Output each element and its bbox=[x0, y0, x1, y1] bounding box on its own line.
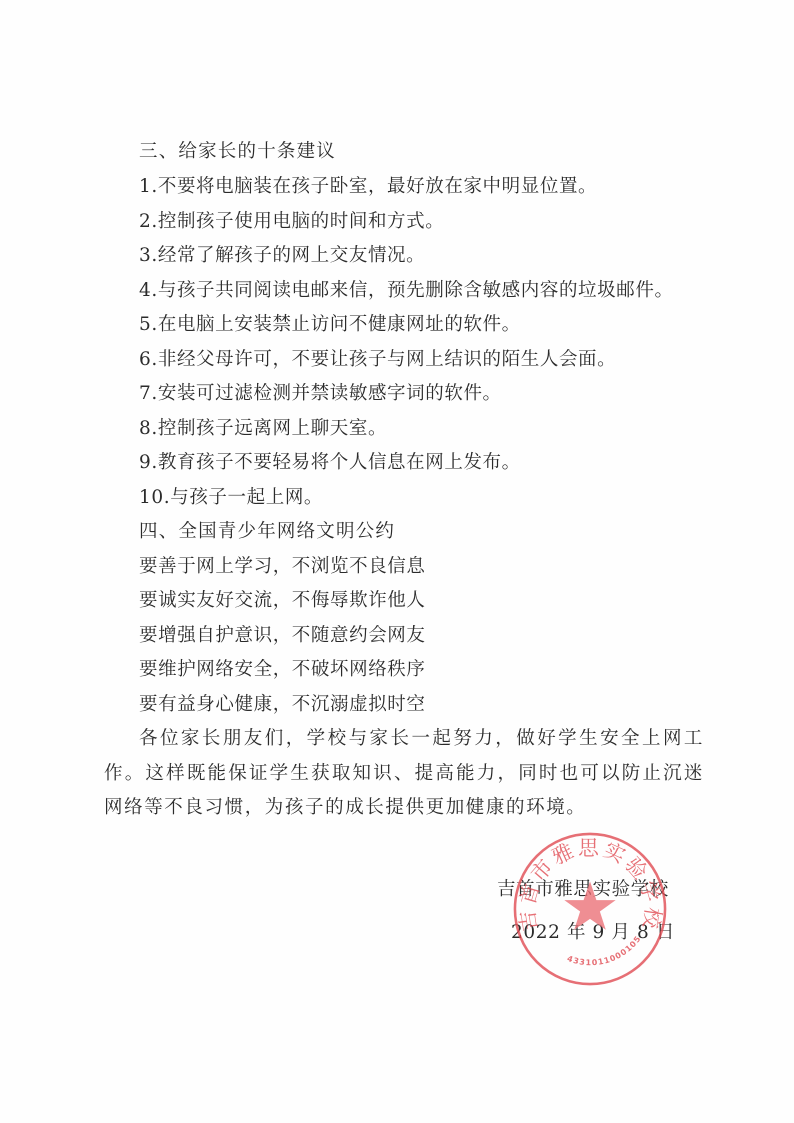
section-4-heading: 四、全国青少年网络文明公约 bbox=[139, 521, 395, 543]
advice-item-7: 7.安装可过滤检测并禁读敏感字词的软件。 bbox=[139, 383, 502, 405]
advice-item-8: 8.控制孩子远离网上聊天室。 bbox=[139, 418, 387, 440]
advice-item-2: 2.控制孩子使用电脑的时间和方式。 bbox=[139, 211, 444, 233]
pledge-item-3: 要增强自护意识，不随意约会网友 bbox=[139, 625, 426, 647]
signature-date: 2022 年 9 月 8 日 bbox=[511, 922, 675, 944]
document-page: 三、给家长的十条建议 1.不要将电脑装在孩子卧室，最好放在家中明显位置。 2.控… bbox=[0, 0, 794, 1123]
advice-item-10: 10.与孩子一起上网。 bbox=[139, 487, 323, 509]
advice-item-1: 1.不要将电脑装在孩子卧室，最好放在家中明显位置。 bbox=[139, 176, 597, 198]
closing-paragraph: 各位家长朋友们，学校与家长一起努力，做好学生安全上网工作。这样既能保证学生获取知… bbox=[104, 722, 704, 826]
seal-ring-icon bbox=[515, 834, 665, 984]
signature-organization: 吉首市雅思实验学校 bbox=[497, 879, 669, 901]
advice-item-5: 5.在电脑上安装禁止访问不健康网址的软件。 bbox=[139, 314, 521, 336]
advice-item-6: 6.非经父母许可，不要让孩子与网上结识的陌生人会面。 bbox=[139, 349, 616, 371]
section-3-heading: 三、给家长的十条建议 bbox=[139, 141, 336, 163]
official-seal-stamp: 吉首市雅思实验学校 4331011000105 bbox=[511, 830, 669, 988]
advice-item-3: 3.经常了解孩子的网上交友情况。 bbox=[139, 245, 425, 267]
pledge-item-2: 要诚实友好交流，不侮辱欺诈他人 bbox=[139, 590, 426, 612]
advice-item-4: 4.与孩子共同阅读电邮来信，预先删除含敏感内容的垃圾邮件。 bbox=[139, 280, 674, 302]
pledge-item-1: 要善于网上学习，不浏览不良信息 bbox=[139, 556, 426, 578]
pledge-item-5: 要有益身心健康，不沉溺虚拟时空 bbox=[139, 694, 426, 716]
advice-item-9: 9.教育孩子不要轻易将个人信息在网上发布。 bbox=[139, 452, 521, 474]
pledge-item-4: 要维护网络安全，不破坏网络秩序 bbox=[139, 659, 426, 681]
